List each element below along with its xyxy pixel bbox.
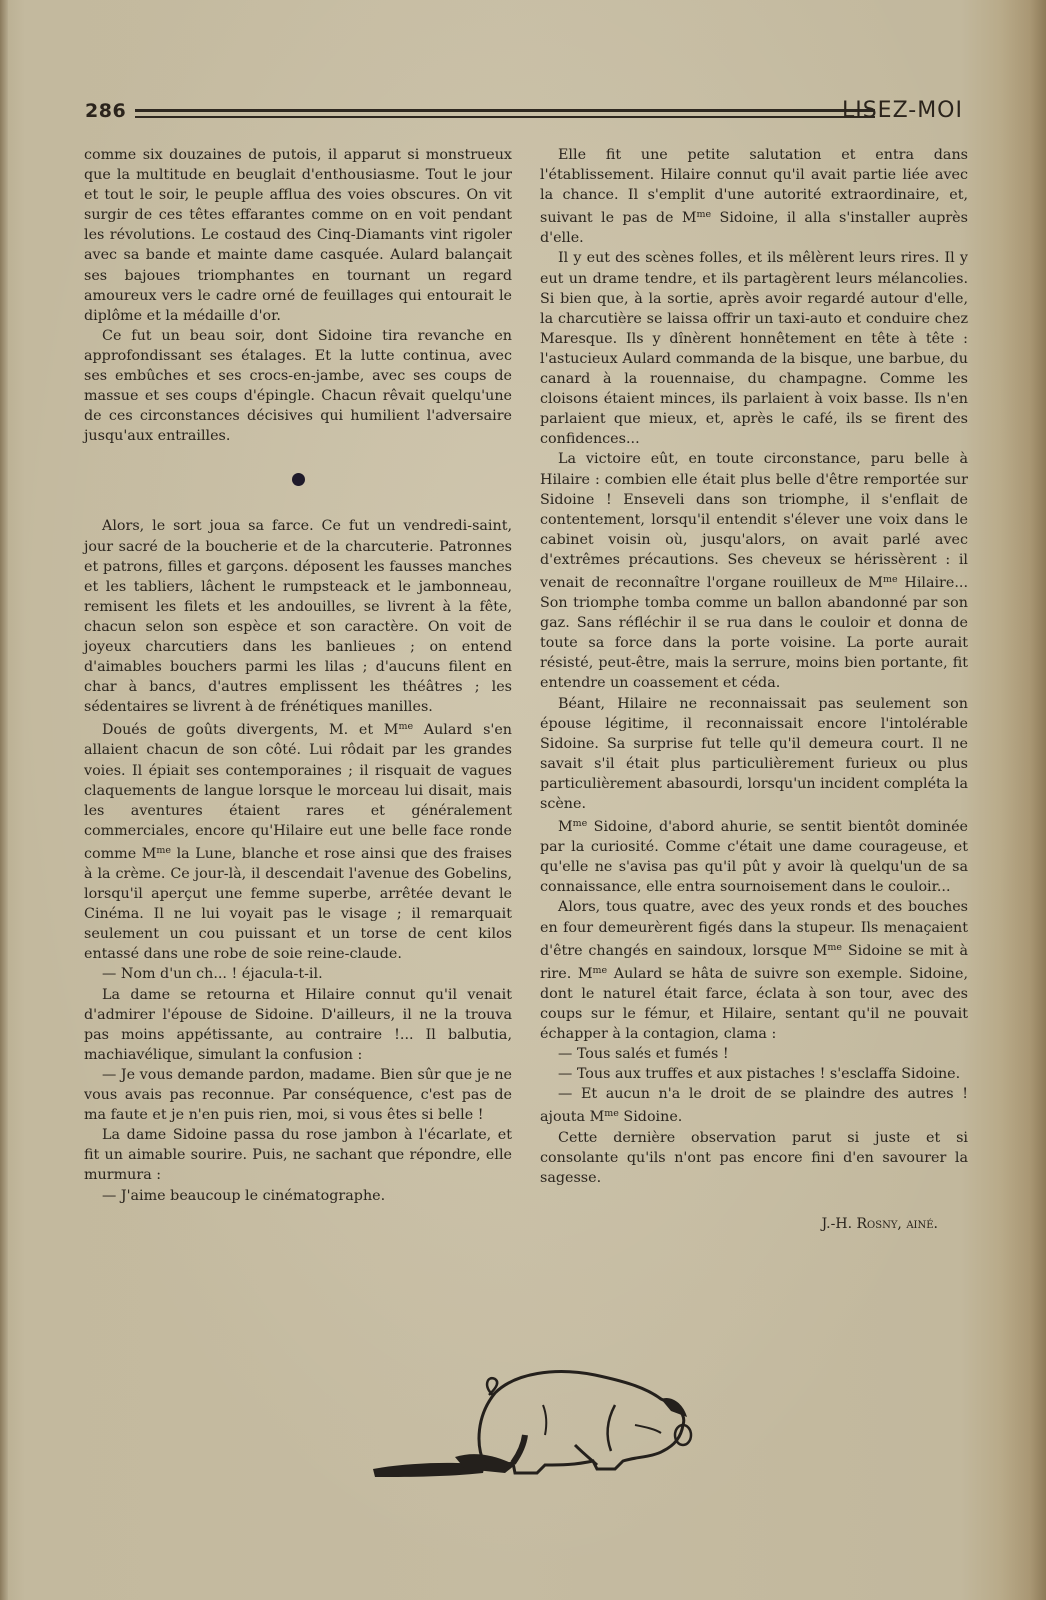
pig-illustration-icon [365, 1365, 705, 1490]
paragraph: Alors, tous quatre, avec des yeux ronds … [540, 897, 968, 1044]
paragraph: comme six douzaines de putois, il apparu… [84, 145, 512, 326]
header-rule [135, 116, 875, 118]
header-rule [135, 109, 875, 112]
paragraph: Cette dernière observation parut si just… [540, 1128, 968, 1188]
page-header: 286 LISEZ-MOI [85, 100, 983, 128]
right-column: Elle fit une petite salutation et entra … [540, 145, 968, 1234]
dialogue-line: — Et aucun n'a le droit de se plaindre d… [540, 1084, 968, 1127]
dialogue-line: — Je vous demande pardon, madame. Bien s… [84, 1065, 512, 1125]
page-binding-edge [0, 0, 8, 1600]
paragraph: Béant, Hilaire ne reconnaissait pas seul… [540, 694, 968, 815]
bullet-dot-icon [292, 473, 305, 486]
left-column: comme six douzaines de putois, il apparu… [84, 145, 512, 1206]
author-signature: J.-H. Rosny, ainé. [540, 1214, 938, 1234]
paragraph: La dame se retourna et Hilaire connut qu… [84, 985, 512, 1065]
paragraph: Doués de goûts divergents, M. et Mme Aul… [84, 717, 512, 964]
paragraph: La victoire eût, en toute circonstance, … [540, 449, 968, 693]
section-separator [84, 472, 512, 486]
paragraph: La dame Sidoine passa du rose jambon à l… [84, 1125, 512, 1185]
magazine-page: 286 LISEZ-MOI comme six douzaines de put… [0, 0, 1046, 1600]
dialogue-line: — Tous salés et fumés ! [540, 1044, 968, 1064]
magazine-title: LISEZ-MOI [842, 98, 963, 123]
paragraph: Elle fit une petite salutation et entra … [540, 145, 968, 248]
paragraph: Ce fut un beau soir, dont Sidoine tira r… [84, 326, 512, 447]
dialogue-line: — Nom d'un ch... ! éjacula-t-il. [84, 964, 512, 984]
dialogue-line: — Tous aux truffes et aux pistaches ! s'… [540, 1064, 968, 1084]
paragraph: Mme Sidoine, d'abord ahurie, se sentit b… [540, 814, 968, 897]
paragraph: Alors, le sort joua sa farce. Ce fut un … [84, 516, 512, 717]
paragraph: Il y eut des scènes folles, et ils mêlèr… [540, 248, 968, 449]
dialogue-line: — J'aime beaucoup le cinématographe. [84, 1186, 512, 1206]
page-number: 286 [85, 100, 126, 122]
